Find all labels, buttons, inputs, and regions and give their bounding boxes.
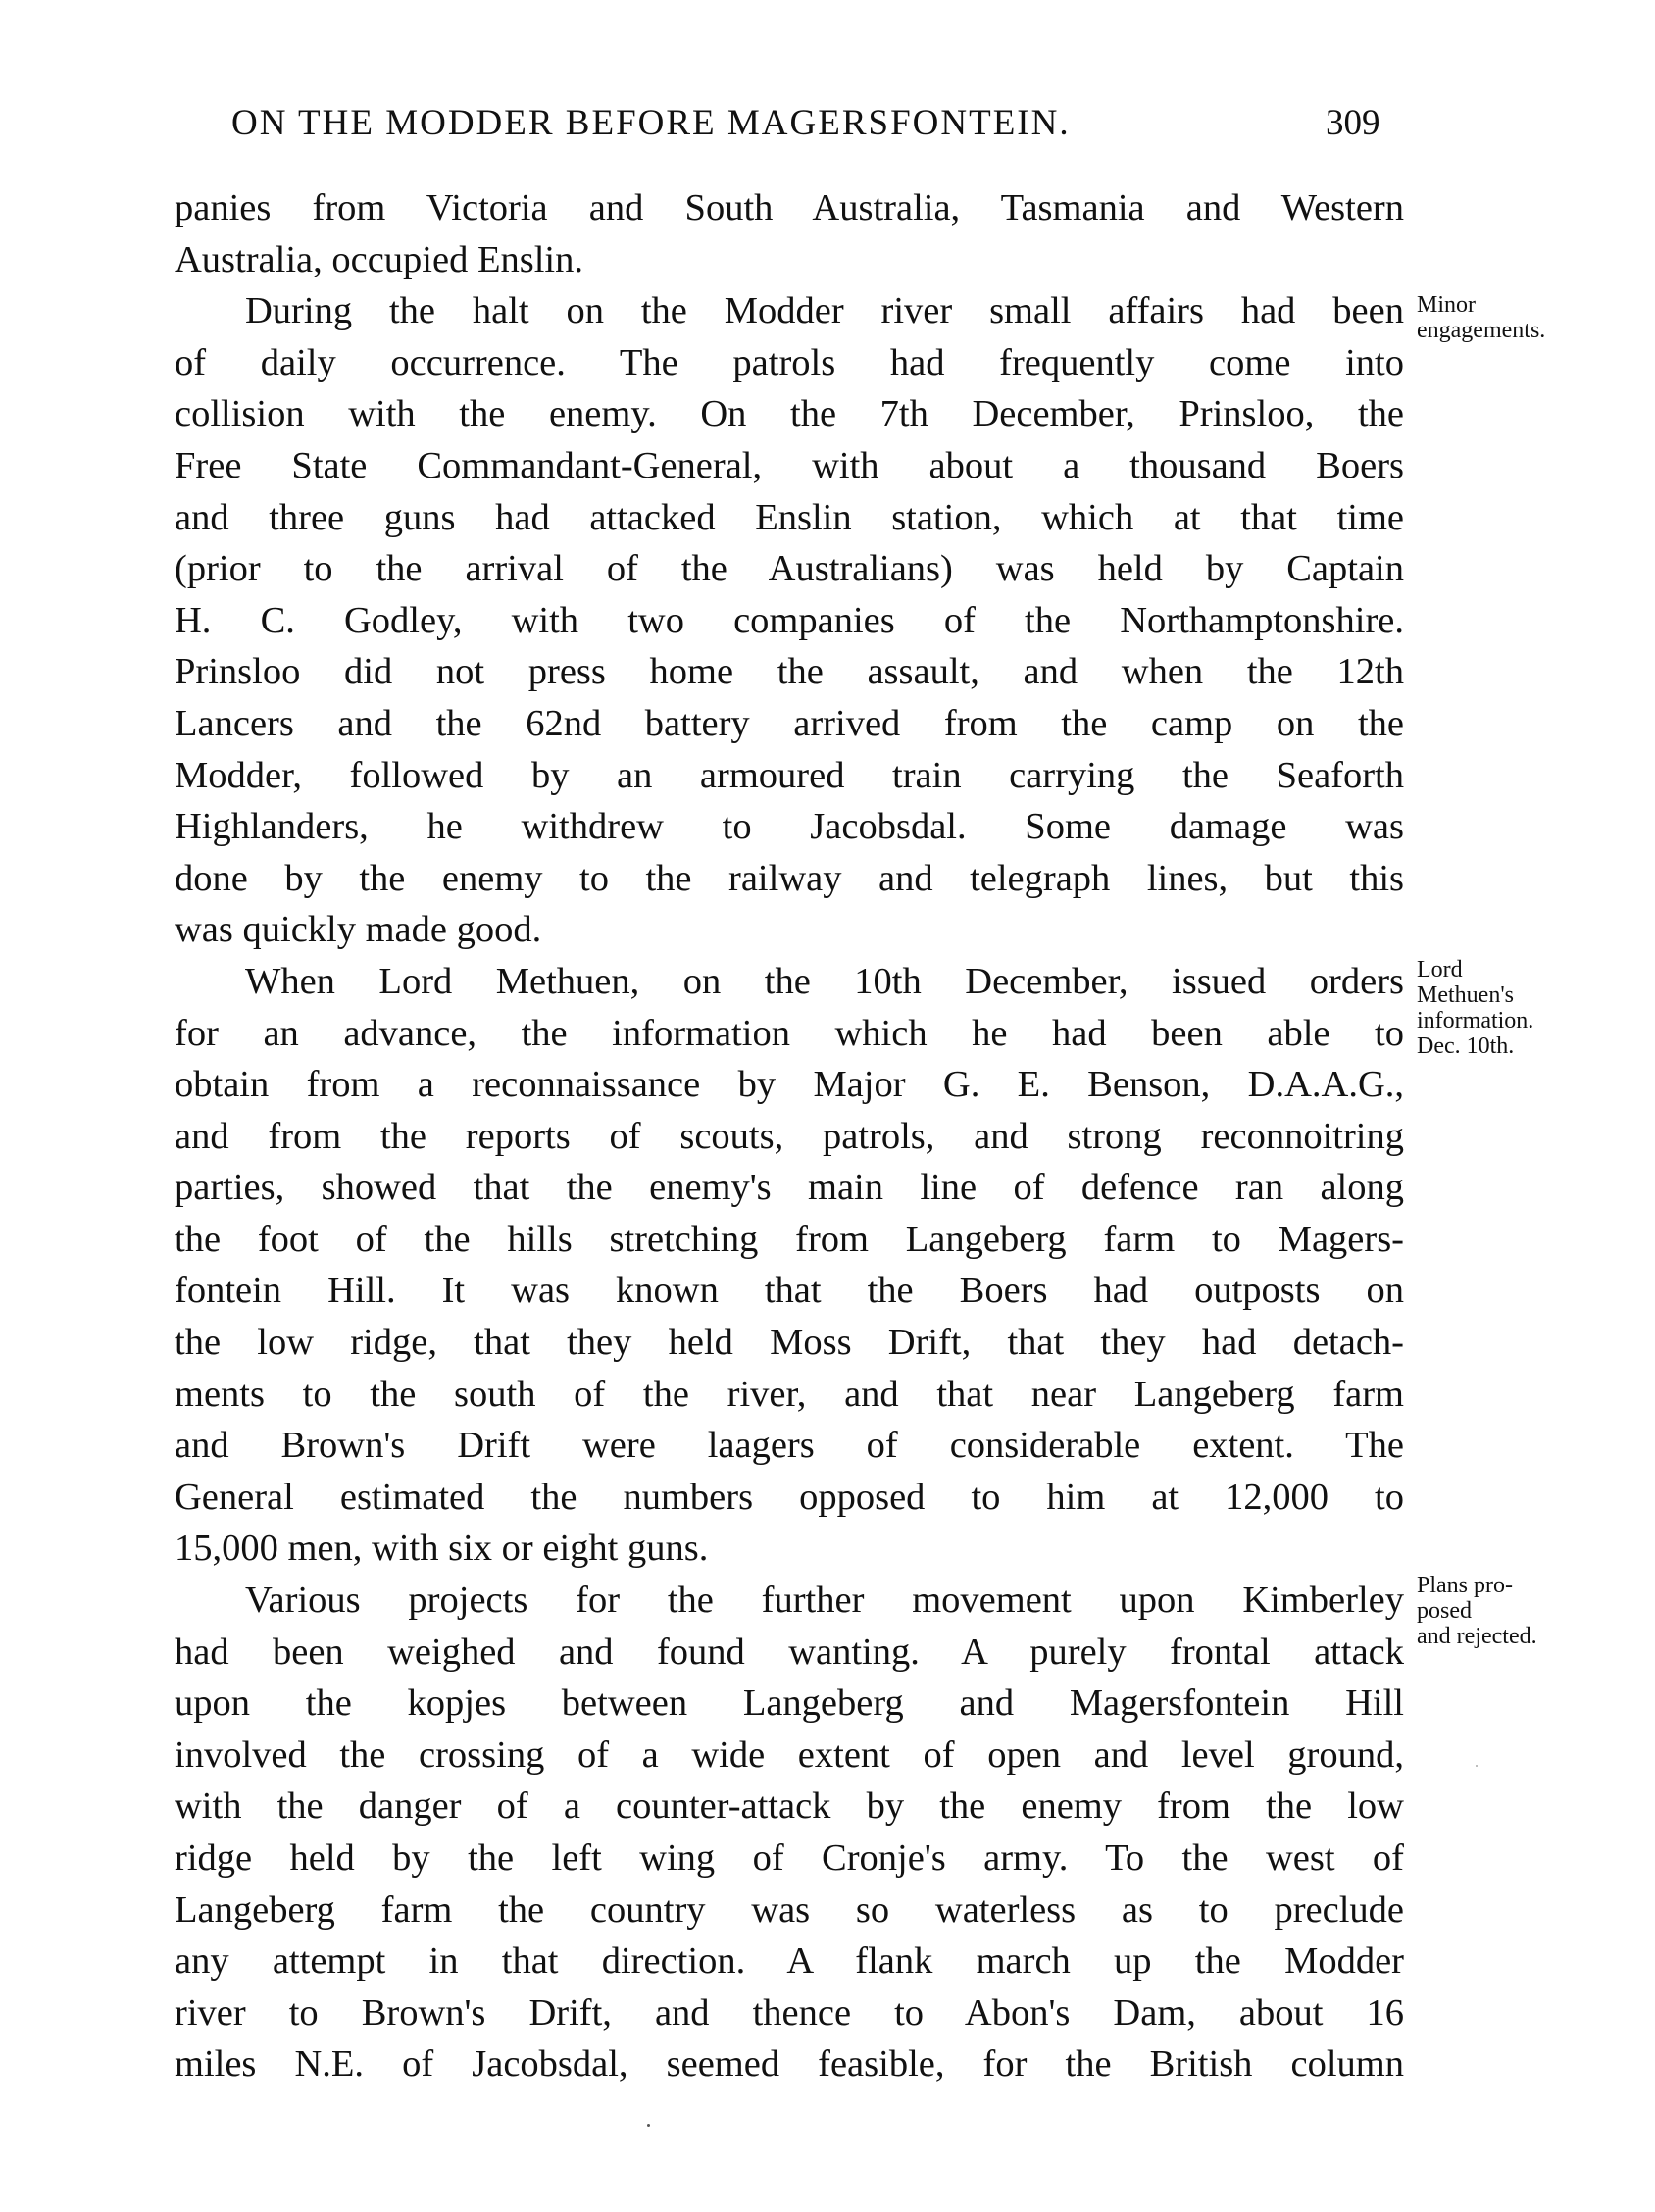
scan-speck — [647, 2124, 650, 2127]
text-line: of daily occurrence. The patrols had fre… — [175, 337, 1404, 389]
text-line: ments to the south of the river, and tha… — [175, 1369, 1404, 1421]
text-line: collision with the enemy. On the 7th Dec… — [175, 388, 1404, 440]
text-line: Various projects for the further movemen… — [175, 1575, 1404, 1627]
text-line: Langeberg farm the country was so waterl… — [175, 1885, 1404, 1936]
running-header: ON THE MODDER BEFORE MAGERSFONTEIN. 309 — [231, 102, 1408, 151]
text-line: During the halt on the Modder river smal… — [175, 285, 1404, 337]
scan-speck — [1476, 1765, 1478, 1767]
text-line: with the danger of a counter-attack by t… — [175, 1781, 1404, 1833]
text-line: Australia, occupied Enslin. — [175, 234, 1404, 286]
text-line: obtain from a reconnaissance by Major G.… — [175, 1059, 1404, 1111]
text-line: ridge held by the left wing of Cronje's … — [175, 1833, 1404, 1885]
text-line: Prinsloo did not press home the assault,… — [175, 646, 1404, 698]
margin-note-methuen-information: Lord Methuen's information. Dec. 10th. — [1417, 957, 1533, 1059]
running-title: ON THE MODDER BEFORE MAGERSFONTEIN. — [231, 102, 1071, 144]
body-text: panies from Victoria and South Australia… — [175, 182, 1404, 2090]
text-line: miles N.E. of Jacobsdal, seemed feasible… — [175, 2038, 1404, 2090]
text-line: H. C. Godley, with two companies of the … — [175, 595, 1404, 647]
text-line: had been weighed and found wanting. A pu… — [175, 1627, 1404, 1679]
text-line: General estimated the numbers opposed to… — [175, 1472, 1404, 1524]
margin-note-minor-engagements: Minor engagements. — [1417, 292, 1545, 343]
text-line: Free State Commandant-General, with abou… — [175, 440, 1404, 492]
text-line: and three guns had attacked Enslin stati… — [175, 492, 1404, 544]
text-line: for an advance, the information which he… — [175, 1008, 1404, 1060]
page-number: 309 — [1326, 102, 1380, 144]
text-line: (prior to the arrival of the Australians… — [175, 543, 1404, 595]
text-line: Highlanders, he withdrew to Jacobsdal. S… — [175, 801, 1404, 853]
margin-note-line: Minor — [1417, 292, 1545, 318]
margin-note-line: engagements. — [1417, 318, 1545, 343]
text-line: the foot of the hills stretching from La… — [175, 1214, 1404, 1266]
margin-note-line: Dec. 10th. — [1417, 1033, 1533, 1059]
margin-note-line: Lord — [1417, 957, 1533, 982]
text-line: Lancers and the 62nd battery arrived fro… — [175, 698, 1404, 750]
text-line: fontein Hill. It was known that the Boer… — [175, 1265, 1404, 1317]
text-line: and from the reports of scouts, patrols,… — [175, 1111, 1404, 1163]
text-line: panies from Victoria and South Australia… — [175, 182, 1404, 234]
text-line: parties, showed that the enemy's main li… — [175, 1162, 1404, 1214]
margin-note-line: Methuen's — [1417, 982, 1533, 1008]
text-line: was quickly made good. — [175, 904, 1404, 956]
margin-note-line: Plans pro- — [1417, 1573, 1537, 1598]
margin-note-plans-rejected: Plans pro- posed and rejected. — [1417, 1573, 1537, 1649]
text-line: and Brown's Drift were laagers of consid… — [175, 1420, 1404, 1472]
text-line: Modder, followed by an armoured train ca… — [175, 750, 1404, 802]
text-line: the low ridge, that they held Moss Drift… — [175, 1317, 1404, 1369]
margin-note-line: information. — [1417, 1008, 1533, 1033]
text-line: 15,000 men, with six or eight guns. — [175, 1523, 1404, 1575]
text-line: done by the enemy to the railway and tel… — [175, 853, 1404, 905]
text-line: involved the crossing of a wide extent o… — [175, 1730, 1404, 1782]
margin-note-line: posed — [1417, 1598, 1537, 1624]
text-line: When Lord Methuen, on the 10th December,… — [175, 956, 1404, 1008]
text-line: any attempt in that direction. A flank m… — [175, 1935, 1404, 1987]
margin-note-line: and rejected. — [1417, 1624, 1537, 1649]
text-line: upon the kopjes between Langeberg and Ma… — [175, 1678, 1404, 1730]
text-line: river to Brown's Drift, and thence to Ab… — [175, 1987, 1404, 2039]
